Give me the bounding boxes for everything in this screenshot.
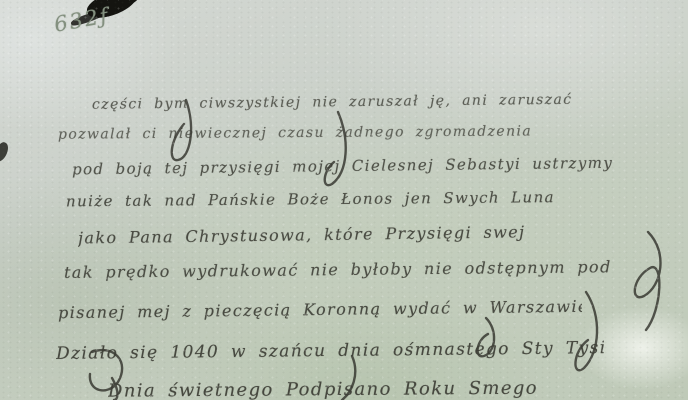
manuscript-line: Dnia świetnego Podpisano Roku Smego <box>108 377 578 400</box>
manuscript-line: Działo się 1040 w szańcu dnia ośmnastego… <box>56 338 604 364</box>
flourish-right-loop-upper <box>635 232 661 330</box>
manuscript-line: nuiże tak nad Pańskie Boże Łonos jen Swy… <box>66 188 608 211</box>
manuscript-line: pod boją tej przysięgi mojej Cielesnej S… <box>72 154 620 179</box>
manuscript-line: jako Pana Chrystusowa, które Przysięgi s… <box>78 221 582 247</box>
edge-ink-mark <box>0 141 11 164</box>
folio-number: 632ƒ <box>52 3 111 36</box>
manuscript-line: pisanej mej z pieczęcią Koronną wydać w … <box>58 297 582 322</box>
manuscript-line: pozwalał ci niewiecznej czasu żadnego zg… <box>58 123 544 142</box>
manuscript-page: 632ƒ części bym ciwszystkiej nie zarusza… <box>0 0 688 400</box>
manuscript-line: części bym ciwszystkiej nie zaruszał ję,… <box>92 91 624 113</box>
manuscript-line: tak prędko wydrukować nie byłoby nie ods… <box>64 257 624 282</box>
